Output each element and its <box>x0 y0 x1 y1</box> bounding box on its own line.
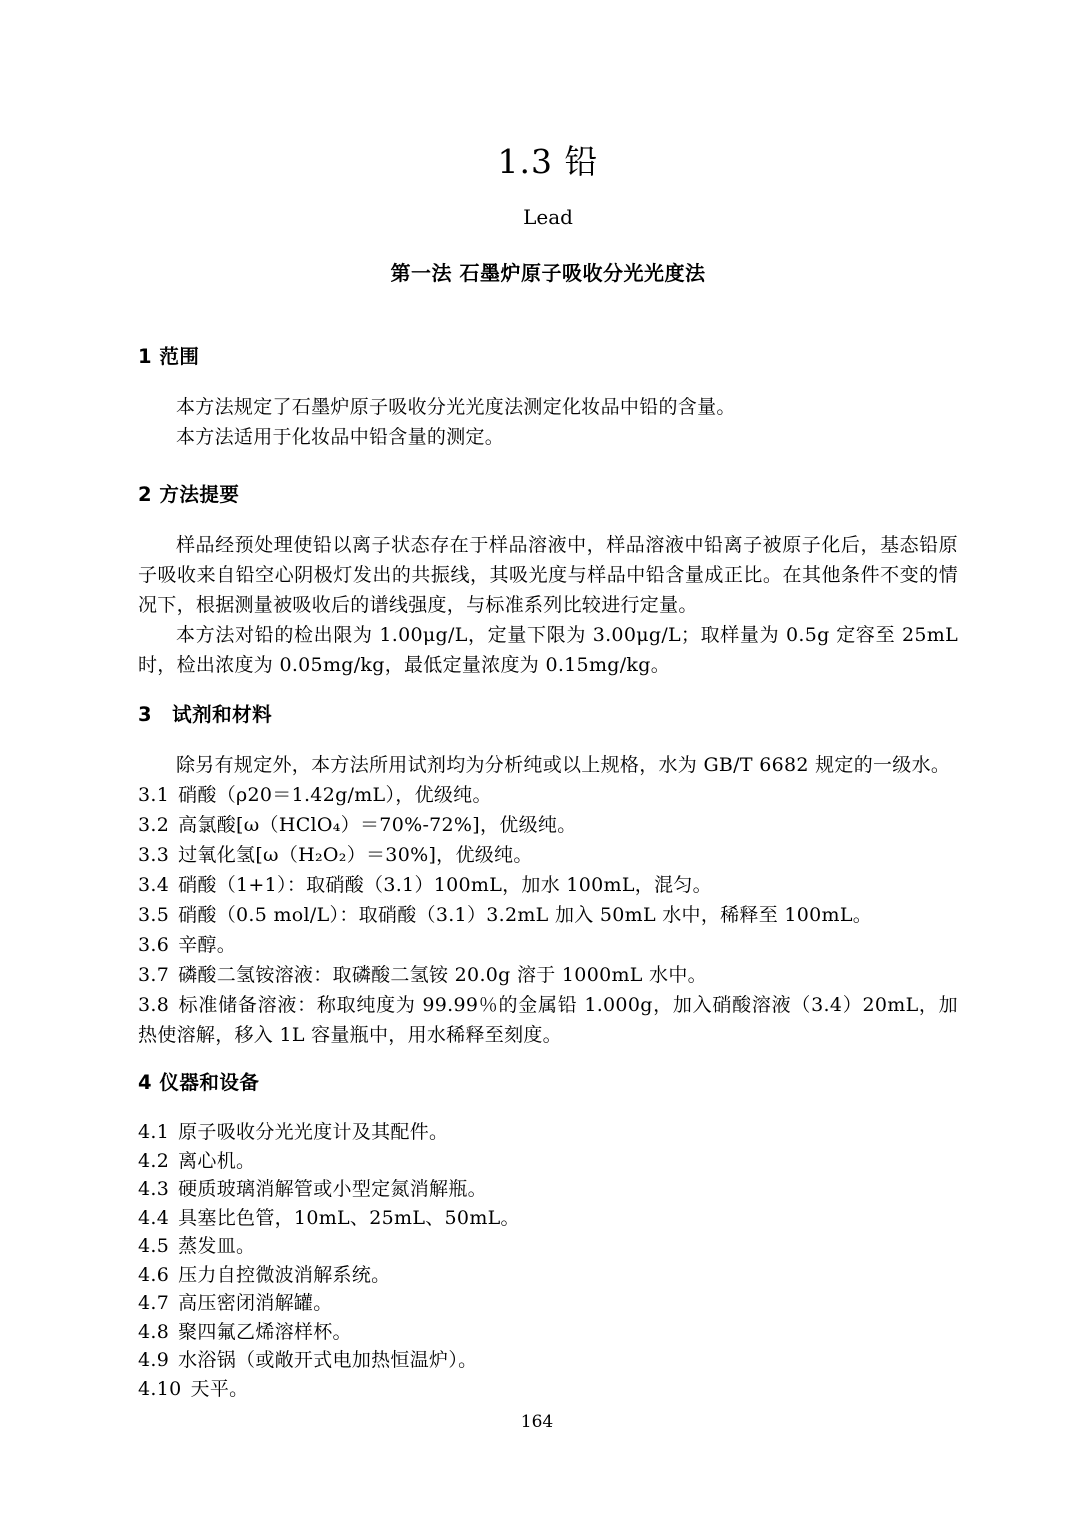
item-text: 离心机。 <box>178 1150 255 1172</box>
list-item: 3.7磷酸二氢铵溶液：取磷酸二氢铵 20.0g 溶于 1000mL 水中。 <box>138 960 958 990</box>
item-text: 硬质玻璃消解管或小型定氮消解瓶。 <box>178 1178 487 1200</box>
page-subtitle: Lead <box>138 204 958 230</box>
list-item: 3.8标准储备溶液：称取纯度为 99.99％的金属铅 1.000g，加入硝酸溶液… <box>138 990 958 1050</box>
section-4-body: 4.1原子吸收分光光度计及其配件。 4.2离心机。 4.3硬质玻璃消解管或小型定… <box>138 1118 958 1403</box>
item-number: 3.8 <box>138 994 169 1016</box>
item-text: 硝酸（0.5 mol/L）：取硝酸（3.1）3.2mL 加入 50mL 水中，稀… <box>178 904 872 926</box>
list-item: 4.4具塞比色管，10mL、25mL、50mL。 <box>138 1204 958 1233</box>
paragraph: 本方法规定了石墨炉原子吸收分光光度法测定化妆品中铅的含量。 <box>138 392 958 422</box>
item-text: 硝酸（1+1）：取硝酸（3.1）100mL，加水 100mL，混匀。 <box>178 874 712 896</box>
section-4-heading: 4 仪器和设备 <box>138 1070 958 1096</box>
item-number: 4.6 <box>138 1264 169 1286</box>
item-number: 3.2 <box>138 814 169 836</box>
item-number: 4.3 <box>138 1178 169 1200</box>
list-item: 4.5蒸发皿。 <box>138 1232 958 1261</box>
section-3-heading: 3 试剂和材料 <box>138 702 958 728</box>
list-item: 3.6辛醇。 <box>138 930 958 960</box>
item-number: 4.4 <box>138 1207 169 1229</box>
list-item: 4.2离心机。 <box>138 1147 958 1176</box>
list-item: 3.1硝酸（ρ20＝1.42g/mL），优级纯。 <box>138 780 958 810</box>
list-item: 4.3硬质玻璃消解管或小型定氮消解瓶。 <box>138 1175 958 1204</box>
item-number: 4.10 <box>138 1378 182 1400</box>
list-item: 4.1原子吸收分光光度计及其配件。 <box>138 1118 958 1147</box>
item-text: 天平。 <box>191 1378 249 1400</box>
item-text: 磷酸二氢铵溶液：取磷酸二氢铵 20.0g 溶于 1000mL 水中。 <box>178 964 707 986</box>
item-text: 标准储备溶液：称取纯度为 99.99％的金属铅 1.000g，加入硝酸溶液（3.… <box>138 994 958 1046</box>
list-item: 3.3过氧化氢[ω（H₂O₂）＝30%]，优级纯。 <box>138 840 958 870</box>
item-text: 高氯酸[ω（HClO₄）＝70%-72%]，优级纯。 <box>178 814 576 836</box>
item-number: 3.7 <box>138 964 169 986</box>
item-number: 3.4 <box>138 874 169 896</box>
document-page: 1.3 铅 Lead 第一法 石墨炉原子吸收分光光度法 1 范围 本方法规定了石… <box>0 0 1074 1520</box>
item-number: 3.1 <box>138 784 169 806</box>
paragraph: 样品经预处理使铅以离子状态存在于样品溶液中，样品溶液中铅离子被原子化后，基态铅原… <box>138 530 958 620</box>
item-text: 具塞比色管，10mL、25mL、50mL。 <box>178 1207 520 1229</box>
item-number: 4.7 <box>138 1292 169 1314</box>
paragraph: 除另有规定外，本方法所用试剂均为分析纯或以上规格，水为 GB/T 6682 规定… <box>138 750 958 780</box>
page-title: 1.3 铅 <box>138 142 958 182</box>
list-item: 3.4硝酸（1+1）：取硝酸（3.1）100mL，加水 100mL，混匀。 <box>138 870 958 900</box>
list-item: 4.7高压密闭消解罐。 <box>138 1289 958 1318</box>
item-number: 4.1 <box>138 1121 169 1143</box>
list-item: 4.6压力自控微波消解系统。 <box>138 1261 958 1290</box>
item-text: 原子吸收分光光度计及其配件。 <box>178 1121 448 1143</box>
section-3-body: 除另有规定外，本方法所用试剂均为分析纯或以上规格，水为 GB/T 6682 规定… <box>138 750 958 1050</box>
item-text: 过氧化氢[ω（H₂O₂）＝30%]，优级纯。 <box>178 844 533 866</box>
list-item: 4.8聚四氟乙烯溶样杯。 <box>138 1318 958 1347</box>
item-text: 聚四氟乙烯溶样杯。 <box>178 1321 352 1343</box>
section-2-body: 样品经预处理使铅以离子状态存在于样品溶液中，样品溶液中铅离子被原子化后，基态铅原… <box>138 530 958 680</box>
section-2-heading: 2 方法提要 <box>138 482 958 508</box>
paragraph: 本方法适用于化妆品中铅含量的测定。 <box>138 422 958 452</box>
section-1-body: 本方法规定了石墨炉原子吸收分光光度法测定化妆品中铅的含量。 本方法适用于化妆品中… <box>138 392 958 452</box>
item-text: 硝酸（ρ20＝1.42g/mL），优级纯。 <box>178 784 492 806</box>
item-number: 3.5 <box>138 904 169 926</box>
item-number: 4.8 <box>138 1321 169 1343</box>
item-text: 压力自控微波消解系统。 <box>178 1264 390 1286</box>
list-item: 3.5硝酸（0.5 mol/L）：取硝酸（3.1）3.2mL 加入 50mL 水… <box>138 900 958 930</box>
item-number: 4.2 <box>138 1150 169 1172</box>
item-text: 辛醇。 <box>178 934 236 956</box>
list-item: 4.9水浴锅（或敞开式电加热恒温炉）。 <box>138 1346 958 1375</box>
page-content: 1.3 铅 Lead 第一法 石墨炉原子吸收分光光度法 1 范围 本方法规定了石… <box>0 0 1074 1403</box>
page-number: 164 <box>0 1412 1074 1432</box>
item-text: 水浴锅（或敞开式电加热恒温炉）。 <box>178 1349 477 1371</box>
item-text: 蒸发皿。 <box>178 1235 255 1257</box>
item-number: 4.9 <box>138 1349 169 1371</box>
item-number: 3.3 <box>138 844 169 866</box>
list-item: 3.2高氯酸[ω（HClO₄）＝70%-72%]，优级纯。 <box>138 810 958 840</box>
list-item: 4.10天平。 <box>138 1375 958 1404</box>
section-1-heading: 1 范围 <box>138 344 958 370</box>
item-number: 3.6 <box>138 934 169 956</box>
item-text: 高压密闭消解罐。 <box>178 1292 332 1314</box>
paragraph: 本方法对铅的检出限为 1.00μg/L，定量下限为 3.00μg/L；取样量为 … <box>138 620 958 680</box>
method-heading: 第一法 石墨炉原子吸收分光光度法 <box>138 260 958 286</box>
item-number: 4.5 <box>138 1235 169 1257</box>
